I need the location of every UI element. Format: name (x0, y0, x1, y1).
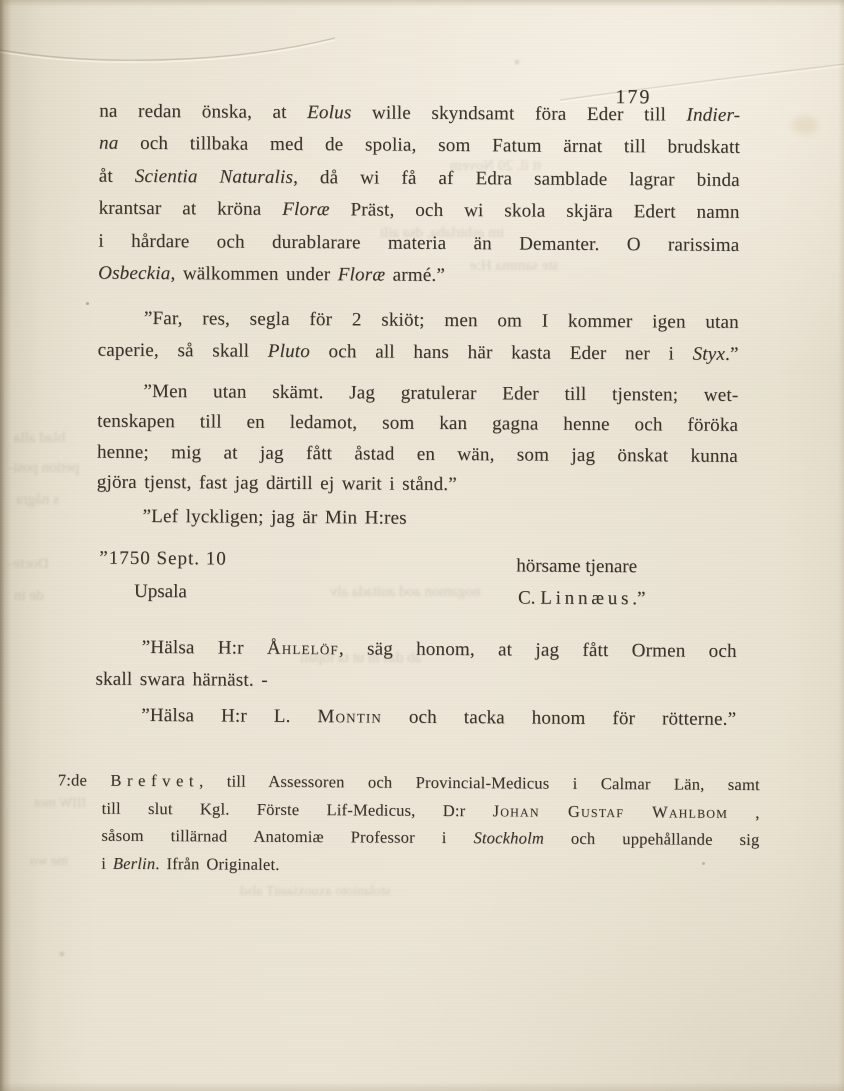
text-line: ”Lef lyckligen; jag är Min H:res (96, 502, 737, 536)
text-segment: och uppehållande sig (544, 829, 760, 849)
editorial-note-paragraph: 7:de Brefvet, till Assessoren och Provin… (57, 766, 760, 881)
paragraph-1: na redan önska, at Eolus wille skyndsamt… (98, 96, 740, 295)
text-line: tenskapen till en ledamot, som kan gagna… (97, 407, 738, 442)
text-line: i Berlin. Ifrån Originalet. (57, 850, 759, 882)
text-segment: ”Far, res, segla för 2 skiöt; men om I k… (144, 308, 739, 333)
page-top-edge-shadow (0, 0, 844, 7)
printed-text-block: 179 na redan önska, at Eolus wille skynd… (0, 0, 844, 1091)
text-segment: åt (99, 165, 135, 186)
text-segment: .” (632, 588, 645, 609)
text-line: ”Hälsa H:r Åhlelöf, säg honom, at jag få… (96, 632, 737, 668)
page-left-edge-shadow (0, 0, 11, 1091)
text-line: krantsar at kröna Floræ Präst, och wi sk… (99, 193, 740, 230)
paragraph-2: ”Far, res, segla för 2 skiöt; men om I k… (98, 303, 739, 371)
letter-place: Upsala (134, 581, 187, 603)
letter-closing: hörsame tjenare (516, 555, 637, 578)
text-segment: 7:de (58, 770, 111, 789)
italic-word: Indier- (686, 105, 740, 126)
text-segment: ”Lef lyckligen; jag är Min H:res (143, 506, 407, 529)
text-segment: ”Men utan skämt. Jag gratulerar Eder til… (143, 381, 738, 406)
person-name: Åhlelöf (267, 638, 339, 659)
page-bottom-edge-shadow (0, 1082, 844, 1091)
text-segment: C. (518, 587, 540, 608)
text-line: ”Men utan skämt. Jag gratulerar Eder til… (97, 377, 738, 412)
text-segment: och tacka honom för rötterne.” (382, 707, 736, 730)
text-line: skall swara härnäst. - (95, 663, 736, 699)
place-name: Berlin (113, 854, 156, 873)
signature-block: ”1750 Sept. 10 Upsala hörsame tjenare C.… (96, 548, 738, 634)
text-segment: ”Hälsa H:r L. (141, 705, 317, 727)
text-segment: , då wi få af Edra samblade lagrar binda (293, 167, 740, 191)
text-line: 7:de Brefvet, till Assessoren och Provin… (58, 766, 760, 798)
scanned-book-page: tt il. 20 Novem im asbirlaba, dsa aili s… (0, 0, 844, 1091)
text-segment: skall swara härnäst. - (95, 668, 267, 690)
text-segment: , wälkommen under (170, 263, 337, 285)
text-segment: gjöra tjenst, fast jag därtill ej warit … (97, 472, 457, 495)
text-line: na redan önska, at Eolus wille skyndsamt… (99, 96, 740, 133)
text-line: henne; mig at jag fått åstad en wän, som… (97, 437, 738, 472)
text-segment: i (101, 854, 113, 873)
text-segment: , (728, 803, 760, 822)
paragraph-4: ”Lef lyckligen; jag är Min H:res (96, 502, 737, 536)
letter-date: ”1750 Sept. 10 (99, 548, 227, 571)
person-name: Linnæus (540, 588, 632, 610)
text-line: caperie, så skall Pluto och all hans här… (98, 335, 739, 371)
text-segment: och tillbaka med de spolia, som Fatum är… (118, 133, 740, 158)
text-line: i hårdare och durablarare materia än Dem… (98, 225, 739, 262)
letter-signature: C. Linnæus.” (518, 587, 646, 610)
paragraph-5: ”Hälsa H:r Åhlelöf, säg honom, at jag få… (95, 632, 736, 699)
text-line: ”Far, res, segla för 2 skiöt; men om I k… (98, 303, 739, 339)
text-segment: caperie, så skall (98, 340, 268, 362)
paragraph-6: ”Hälsa H:r L. Montin och tacka honom för… (95, 700, 736, 735)
text-line: gjöra tjenst, fast jag därtill ej warit … (97, 468, 738, 503)
text-line: ”Hälsa H:r L. Montin och tacka honom för… (95, 700, 736, 735)
latin-name: Osbeckia (98, 263, 170, 284)
text-segment: henne; mig at jag fått åstad en wän, som… (97, 441, 738, 466)
text-line: Osbeckia, wälkommen under Floræ armé.” (98, 258, 739, 295)
text-segment: Präst, och wi skola skjära Edert namn (330, 199, 740, 223)
text-segment: och all hans här kasta Eder ner i (310, 341, 693, 365)
text-segment: tenskapen till en ledamot, som kan gagna… (97, 411, 738, 436)
text-line: na och tillbaka med de spolia, som Fatum… (99, 128, 740, 165)
person-name: Montin (317, 706, 382, 727)
latin-name: Floræ (282, 199, 330, 220)
latin-name: Pluto (268, 341, 310, 362)
text-segment: , till Assessoren och Provincial-Medicus… (199, 771, 760, 794)
paragraph-3: ”Men utan skämt. Jag gratulerar Eder til… (97, 377, 739, 503)
text-segment: , säg honom, at jag fått Ormen och (339, 638, 737, 662)
latin-name: Floræ (338, 264, 386, 285)
text-segment: armé.” (385, 265, 445, 286)
text-segment: . Ifrån Originalet. (155, 854, 279, 874)
text-segment: wille skyndsamt föra Eder till (351, 102, 686, 125)
latin-name: Eolus (307, 102, 351, 123)
place-name: Stockholm (473, 829, 544, 848)
italic-word: na (99, 133, 119, 154)
text-line: åt Scientia Naturalis, då wi få af Edra … (99, 160, 740, 197)
text-segment: ”Hälsa H:r (142, 637, 267, 659)
person-name: Johan Gustaf Wahlbom (493, 801, 729, 822)
text-segment: i hårdare och durablarare materia än Dem… (98, 230, 739, 255)
letterspaced-word: Brefvet (110, 771, 199, 791)
text-segment: krantsar at kröna (99, 198, 283, 220)
text-segment: na redan önska, at (99, 101, 307, 123)
text-segment: till slut Kgl. Förste Lif-Medicus, D:r (102, 798, 493, 820)
text-segment: såsom tillärnad Anatomiæ Professor i (101, 826, 473, 847)
text-segment: .” (725, 344, 739, 365)
latin-name: Styx (693, 344, 726, 365)
page-right-edge-shadow (838, 0, 844, 1091)
latin-name: Scientia Naturalis (135, 166, 293, 188)
